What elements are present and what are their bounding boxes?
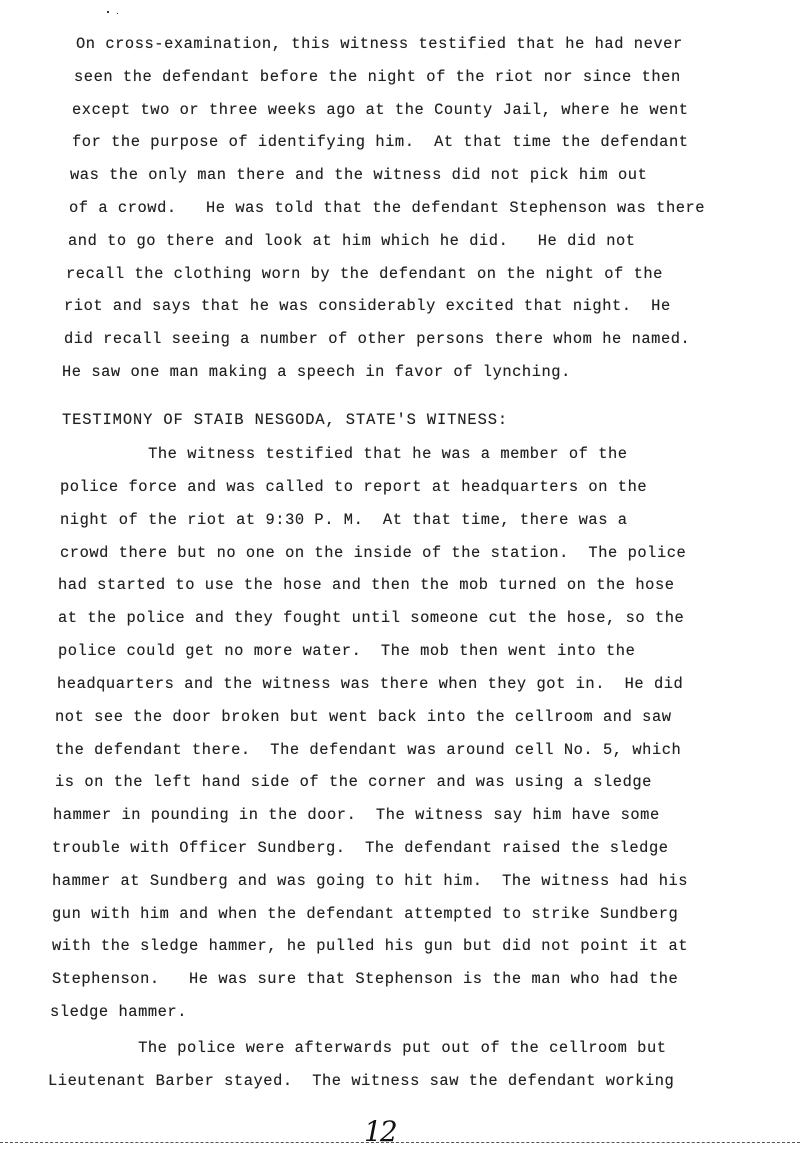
text-line: hammer at Sundberg and was going to hit … <box>52 871 688 891</box>
text-line: He saw one man making a speech in favor … <box>62 362 571 382</box>
scan-speck <box>107 11 109 13</box>
scan-speck <box>117 13 118 14</box>
text-line: riot and says that he was considerably e… <box>64 296 671 316</box>
text-line: The police were afterwards put out of th… <box>50 1038 667 1058</box>
text-line: and to go there and look at him which he… <box>68 231 636 251</box>
footer-rule <box>0 1142 800 1143</box>
text-line: was the only man there and the witness d… <box>70 165 647 185</box>
text-line: is on the left hand side of the corner a… <box>55 772 652 792</box>
text-line: Lieutenant Barber stayed. The witness sa… <box>48 1071 674 1091</box>
text-line: crowd there but no one on the inside of … <box>60 543 686 563</box>
text-line: with the sledge hammer, he pulled his gu… <box>52 936 688 956</box>
section-heading: TESTIMONY OF STAIB NESGODA, STATE'S WITN… <box>62 410 508 430</box>
text-line: of a crowd. He was told that the defenda… <box>69 198 705 218</box>
text-line: not see the door broken but went back in… <box>55 707 672 727</box>
text-line: The witness testified that he was a memb… <box>60 444 628 464</box>
text-line: hammer in pounding in the door. The witn… <box>53 805 660 825</box>
text-line: the defendant there. The defendant was a… <box>55 740 681 760</box>
text-line: night of the riot at 9:30 P. M. At that … <box>60 510 628 530</box>
text-line: except two or three weeks ago at the Cou… <box>72 100 689 120</box>
document-page: On cross-examination, this witness testi… <box>0 0 800 1152</box>
text-line: police force and was called to report at… <box>60 477 647 497</box>
text-line: Stephenson. He was sure that Stephenson … <box>52 969 678 989</box>
text-line: did recall seeing a number of other pers… <box>64 329 690 349</box>
text-line: trouble with Officer Sundberg. The defen… <box>52 838 669 858</box>
text-line: seen the defendant before the night of t… <box>74 67 681 87</box>
text-line: On cross-examination, this witness testi… <box>76 34 683 54</box>
text-line: gun with him and when the defendant atte… <box>52 904 678 924</box>
text-line: sledge hammer. <box>50 1002 187 1022</box>
text-line: for the purpose of identifying him. At t… <box>72 132 689 152</box>
text-line: recall the clothing worn by the defendan… <box>66 264 663 284</box>
text-line: headquarters and the witness was there w… <box>57 674 683 694</box>
text-line: police could get no more water. The mob … <box>58 641 635 661</box>
text-line: at the police and they fought until some… <box>58 608 684 628</box>
text-line: had started to use the hose and then the… <box>58 575 675 595</box>
